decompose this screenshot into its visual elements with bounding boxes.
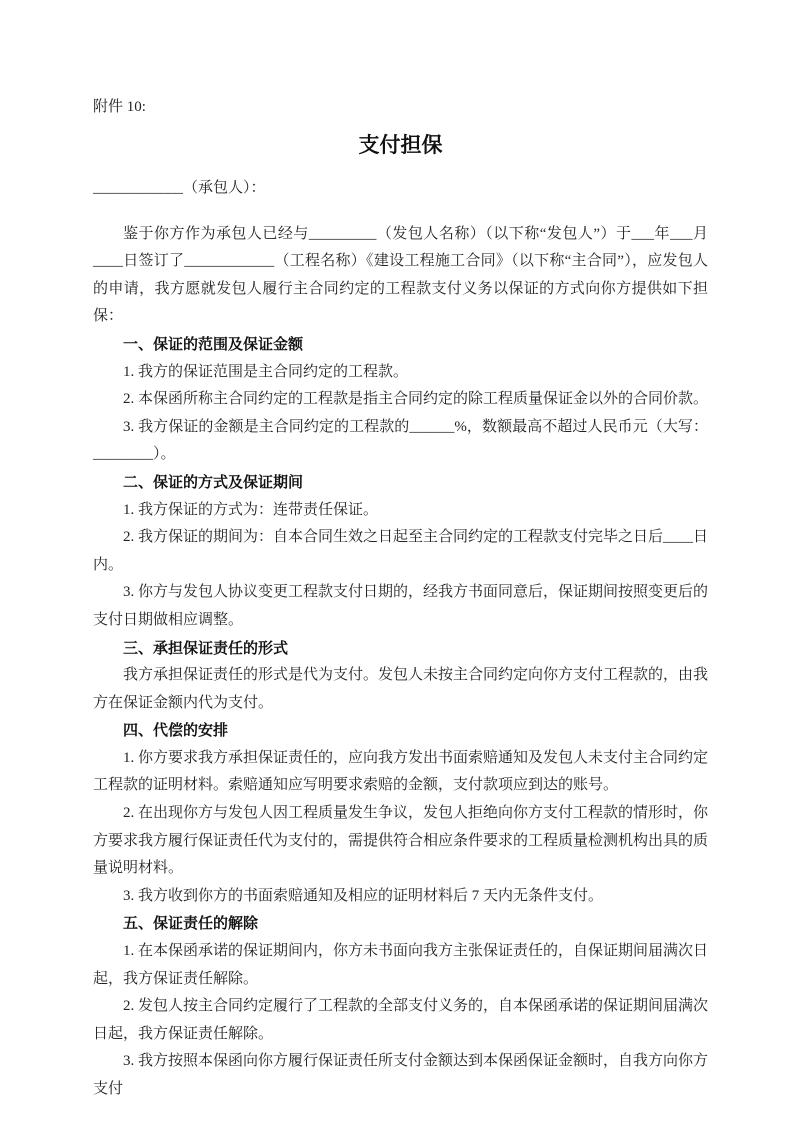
doc-heading: 一、保证的范围及保证金额 <box>93 331 708 359</box>
doc-paragraph: 2. 发包人按主合同约定履行了工程款的全部支付义务的，自本保函承诺的保证期间届满… <box>93 993 708 1048</box>
doc-paragraph: 3. 我方收到你方的书面索赔通知及相应的证明材料后 7 天内无条件支付。 <box>93 883 708 911</box>
attachment-label: 附件 10: <box>93 97 708 117</box>
doc-heading: 二、保证的方式及保证期间 <box>93 469 708 497</box>
doc-paragraph: 鉴于你方作为承包人已经与_________（发包人名称）（以下称“发包人”）于_… <box>93 221 708 331</box>
doc-paragraph: 我方承担保证责任的形式是代为支付。发包人未按主合同约定向你方支付工程款的，由我方… <box>93 662 708 717</box>
doc-paragraph: 1. 我方保证的方式为：连带责任保证。 <box>93 497 708 525</box>
doc-heading: 四、代偿的安排 <box>93 717 708 745</box>
doc-paragraph: 3. 你方与发包人协议变更工程款支付日期的，经我方书面同意后，保证期间按照变更后… <box>93 579 708 634</box>
doc-paragraph: 2. 在出现你方与发包人因工程质量发生争议，发包人拒绝向你方支付工程款的情形时，… <box>93 800 708 883</box>
doc-paragraph: 1. 在本保函承诺的保证期间内，你方未书面向我方主张保证责任的，自保证期间届满次… <box>93 938 708 993</box>
doc-paragraph: 1. 你方要求我方承担保证责任的，应向我方发出书面索赔通知及发包人未支付主合同约… <box>93 745 708 800</box>
doc-paragraph: 3. 我方按照本保函向你方履行保证责任所支付金额达到本保函保证金额时，自我方向你… <box>93 1048 708 1103</box>
doc-paragraph: 3. 我方保证的金额是主合同约定的工程款的______%，数额最高不超过人民币元… <box>93 414 708 469</box>
doc-paragraph: 1. 我方的保证范围是主合同约定的工程款。 <box>93 359 708 387</box>
doc-heading: 三、承担保证责任的形式 <box>93 635 708 663</box>
document-body: ____________（承包人）：鉴于你方作为承包人已经与_________（… <box>93 175 708 1104</box>
doc-heading: 五、保证责任的解除 <box>93 910 708 938</box>
page-title: 支付担保 <box>93 131 708 161</box>
doc-addressee: ____________（承包人）： <box>93 175 708 203</box>
doc-paragraph: 2. 我方保证的期间为：自本合同生效之日起至主合同约定的工程款支付完毕之日后__… <box>93 524 708 579</box>
doc-paragraph: 2. 本保函所称主合同约定的工程款是指主合同约定的除工程质量保证金以外的合同价款… <box>93 386 708 414</box>
document-page: 附件 10: 支付担保 ____________（承包人）：鉴于你方作为承包人已… <box>0 0 793 1123</box>
